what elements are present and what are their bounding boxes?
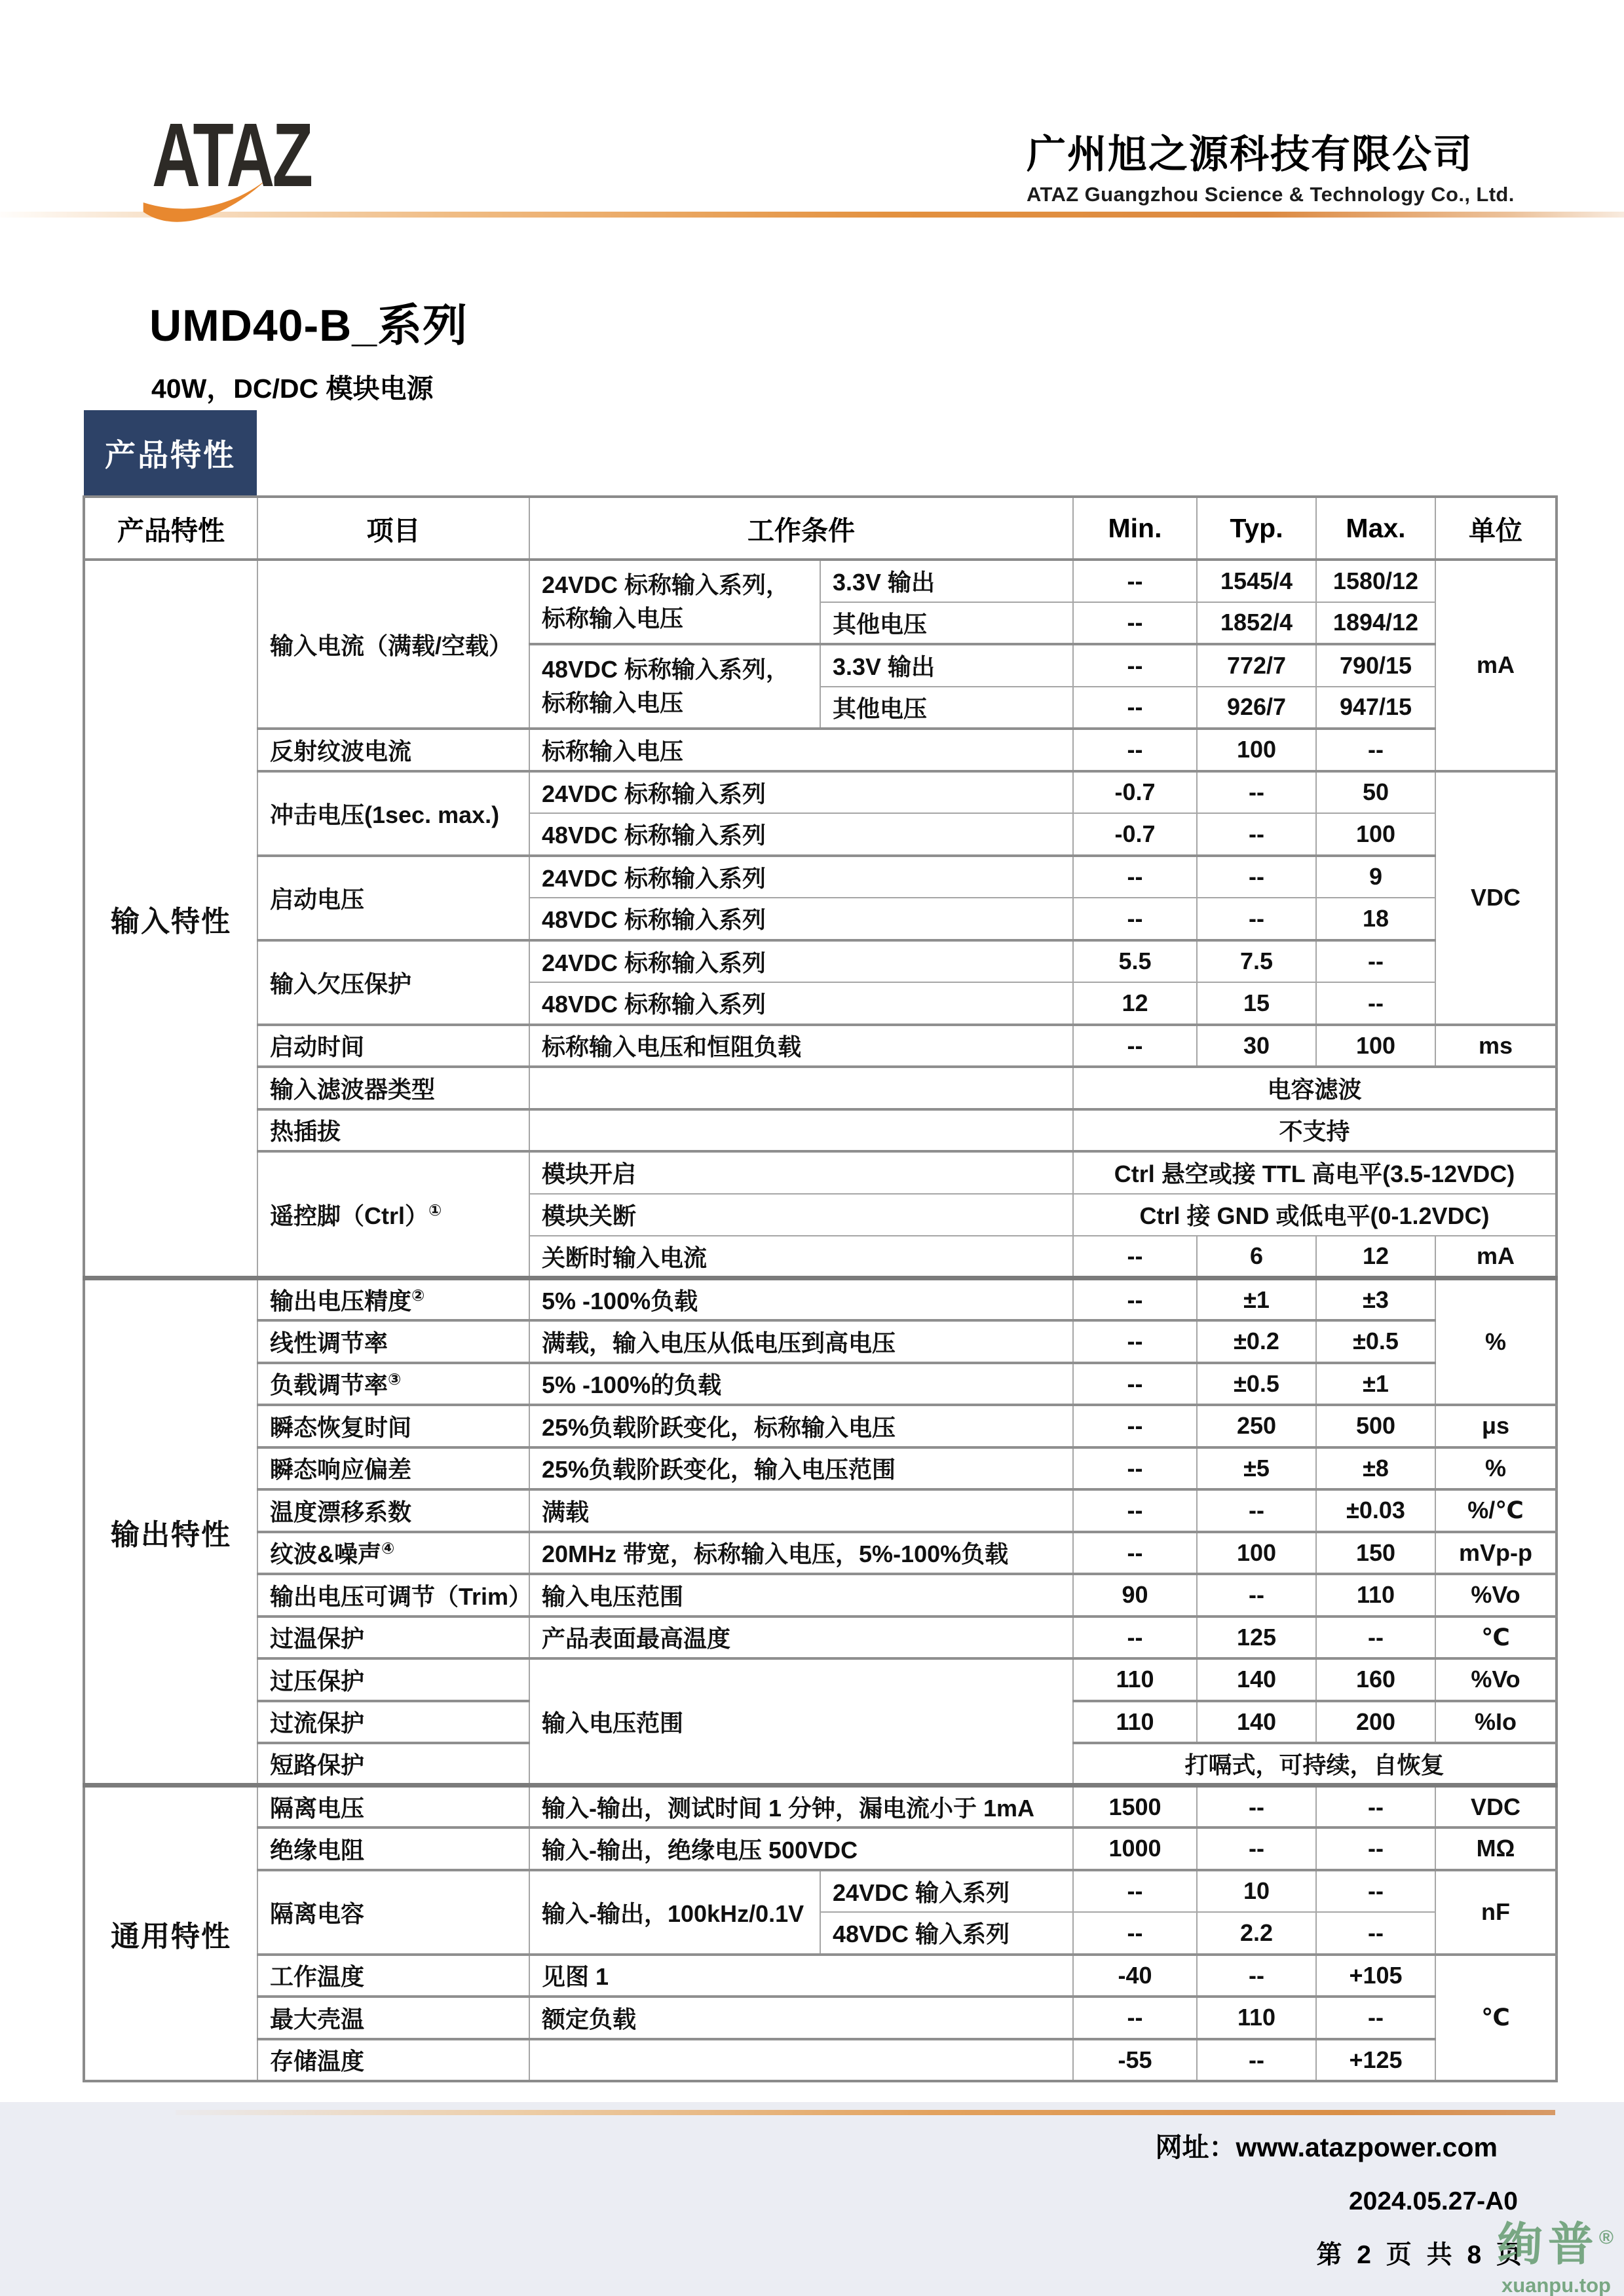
- cell-item: 短路保护: [257, 1743, 529, 1786]
- cell-item: 瞬态响应偏差: [257, 1447, 529, 1490]
- cell-unit: μs: [1435, 1405, 1557, 1447]
- cell-typ: ±1: [1197, 1278, 1316, 1321]
- cell-typ: --: [1197, 1786, 1316, 1828]
- cell-value-span: 电容滤波: [1073, 1067, 1557, 1109]
- cell-min: --: [1073, 1447, 1197, 1490]
- cell-min: 90: [1073, 1574, 1197, 1617]
- table-row: 通用特性 隔离电压 输入-输出，测试时间 1 分钟，漏电流小于 1mA 1500…: [84, 1786, 1557, 1828]
- cell-item: 输出电压可调节（Trim）: [257, 1574, 529, 1617]
- cell-unit: %/℃: [1435, 1489, 1557, 1532]
- cell-item: 隔离电容: [257, 1870, 529, 1955]
- cell-typ: --: [1197, 2039, 1316, 2082]
- cell-max: 50: [1316, 771, 1435, 814]
- cell-unit: ms: [1435, 1025, 1557, 1067]
- cell-min: --: [1073, 1997, 1197, 2039]
- cell-max: 947/15: [1316, 687, 1435, 729]
- cell-max: --: [1316, 940, 1435, 983]
- cell-condition: 48VDC 标称输入系列: [529, 813, 1073, 856]
- cell-condition: 25%负载阶跃变化，标称输入电压: [529, 1405, 1073, 1447]
- cell-typ: --: [1197, 1489, 1316, 1532]
- cell-section-output: 输出特性: [84, 1278, 257, 1786]
- cell-max: 9: [1316, 856, 1435, 898]
- cell-min: --: [1073, 898, 1197, 940]
- table-row: 反射纹波电流 标称输入电压 -- 100 --: [84, 729, 1557, 771]
- cell-item: 遥控脚（Ctrl）①: [257, 1151, 529, 1278]
- cell-max: --: [1316, 729, 1435, 771]
- table-row: 工作温度 见图 1 -40 -- +105 ℃: [84, 1955, 1557, 1997]
- cell-min: 12: [1073, 982, 1197, 1025]
- cell-condition: [529, 2039, 1073, 2082]
- cell-condition: 产品表面最高温度: [529, 1617, 1073, 1659]
- cell-max: --: [1316, 982, 1435, 1025]
- cell-condition: 模块关断: [529, 1194, 1073, 1236]
- cell-unit: ℃: [1435, 1617, 1557, 1659]
- cell-item: 隔离电压: [257, 1786, 529, 1828]
- col-header-feature: 产品特性: [84, 497, 257, 560]
- cell-min: --: [1073, 1320, 1197, 1363]
- cell-unit: VDC: [1435, 1786, 1557, 1828]
- cell-item: 最大壳温: [257, 1997, 529, 2039]
- table-row: 纹波&噪声④ 20MHz 带宽，标称输入电压，5%-100%负载 -- 100 …: [84, 1532, 1557, 1575]
- cell-item: 过压保护: [257, 1658, 529, 1701]
- cell-item: 输出电压精度②: [257, 1278, 529, 1321]
- section-tag: 产品特性: [84, 410, 257, 495]
- cell-max: ±1: [1316, 1363, 1435, 1406]
- cell-unit: mA: [1435, 1236, 1557, 1278]
- cell-min: --: [1073, 1532, 1197, 1575]
- cell-max: 790/15: [1316, 644, 1435, 687]
- cell-max: --: [1316, 1912, 1435, 1955]
- table-row: 输出电压可调节（Trim） 输入电压范围 90 -- 110 %Vo: [84, 1574, 1557, 1617]
- col-header-typ: Typ.: [1197, 497, 1316, 560]
- cell-typ: ±5: [1197, 1447, 1316, 1490]
- cell-typ: --: [1197, 1574, 1316, 1617]
- company-name-cn: 广州旭之源科技有限公司: [1027, 133, 1515, 176]
- cell-max: 500: [1316, 1405, 1435, 1447]
- cell-min: -55: [1073, 2039, 1197, 2082]
- cell-sub-condition: 3.3V 输出: [820, 560, 1073, 602]
- cell-min: --: [1073, 1363, 1197, 1406]
- cell-condition: 满载: [529, 1489, 1073, 1532]
- cell-condition: 关断时输入电流: [529, 1236, 1073, 1278]
- cell-typ: 926/7: [1197, 687, 1316, 729]
- item-footnote-mark: ④: [381, 1540, 394, 1558]
- cell-max: 1894/12: [1316, 602, 1435, 645]
- table-row: 温度漂移系数 满载 -- -- ±0.03 %/℃: [84, 1489, 1557, 1532]
- cell-value-span: Ctrl 接 GND 或低电平(0-1.2VDC): [1073, 1194, 1557, 1236]
- page-subtitle: 40W，DC/DC 模块电源: [151, 367, 434, 406]
- cell-min: --: [1073, 1278, 1197, 1321]
- spec-table: 产品特性 项目 工作条件 Min. Typ. Max. 单位 输入特性 输入电流…: [83, 495, 1558, 2082]
- cell-typ: 125: [1197, 1617, 1316, 1659]
- table-row: 隔离电容 输入-输出，100kHz/0.1V 24VDC 输入系列 -- 10 …: [84, 1870, 1557, 1913]
- cell-typ: 6: [1197, 1236, 1316, 1278]
- item-label: 负载调节率: [270, 1371, 388, 1398]
- table-row: 输入滤波器类型 电容滤波: [84, 1067, 1557, 1109]
- col-header-unit: 单位: [1435, 497, 1557, 560]
- cell-unit: ℃: [1435, 1955, 1557, 2082]
- cell-max: 18: [1316, 898, 1435, 940]
- cell-max: --: [1316, 1617, 1435, 1659]
- col-header-condition: 工作条件: [529, 497, 1073, 560]
- cell-condition: 20MHz 带宽，标称输入电压，5%-100%负载: [529, 1532, 1073, 1575]
- cell-max: ±0.03: [1316, 1489, 1435, 1532]
- cell-min: 1500: [1073, 1786, 1197, 1828]
- cell-item: 输入电流（满载/空载）: [257, 560, 529, 729]
- cell-item: 绝缘电阻: [257, 1827, 529, 1870]
- cell-sub-condition: 3.3V 输出: [820, 644, 1073, 687]
- cell-condition: 输入-输出，绝缘电压 500VDC: [529, 1827, 1073, 1870]
- cell-min: --: [1073, 687, 1197, 729]
- table-row: 瞬态恢复时间 25%负载阶跃变化，标称输入电压 -- 250 500 μs: [84, 1405, 1557, 1447]
- footer: 网址：www.atazpower.com 2024.05.27-A0 第 2 页…: [0, 2102, 1624, 2296]
- cell-condition: 5% -100%负载: [529, 1278, 1073, 1321]
- cell-unit: MΩ: [1435, 1827, 1557, 1870]
- cell-typ: ±0.5: [1197, 1363, 1316, 1406]
- cell-condition: 48VDC 标称输入系列， 标称输入电压: [529, 644, 820, 729]
- cell-max: 160: [1316, 1658, 1435, 1701]
- cell-condition: 48VDC 标称输入系列: [529, 898, 1073, 940]
- cell-item: 过温保护: [257, 1617, 529, 1659]
- cell-min: -40: [1073, 1955, 1197, 1997]
- cell-item: 存储温度: [257, 2039, 529, 2082]
- table-row: 过温保护 产品表面最高温度 -- 125 -- ℃: [84, 1617, 1557, 1659]
- cell-max: ±0.5: [1316, 1320, 1435, 1363]
- cell-condition: 输入-输出，100kHz/0.1V: [529, 1870, 820, 1955]
- cell-value-span: Ctrl 悬空或接 TTL 高电平(3.5-12VDC): [1073, 1151, 1557, 1194]
- cell-unit: %: [1435, 1278, 1557, 1406]
- item-footnote-mark: ①: [428, 1202, 442, 1219]
- cell-item: 输入欠压保护: [257, 940, 529, 1025]
- cell-item: 热插拔: [257, 1109, 529, 1152]
- cell-condition: 24VDC 标称输入系列: [529, 940, 1073, 983]
- table-row: 绝缘电阻 输入-输出，绝缘电压 500VDC 1000 -- -- MΩ: [84, 1827, 1557, 1870]
- cell-min: --: [1073, 1870, 1197, 1913]
- cell-min: --: [1073, 560, 1197, 602]
- cell-item: 启动电压: [257, 856, 529, 940]
- cell-max: --: [1316, 1997, 1435, 2039]
- cell-unit: %Vo: [1435, 1574, 1557, 1617]
- cell-max: ±3: [1316, 1278, 1435, 1321]
- cell-max: --: [1316, 1786, 1435, 1828]
- cell-typ: --: [1197, 1955, 1316, 1997]
- cell-section-general: 通用特性: [84, 1786, 257, 2082]
- item-label: 输出电压精度: [270, 1288, 411, 1314]
- cell-min: --: [1073, 1236, 1197, 1278]
- table-row: 热插拔 不支持: [84, 1109, 1557, 1152]
- cell-sub-condition: 48VDC 输入系列: [820, 1912, 1073, 1955]
- table-row: 过压保护 输入电压范围 110 140 160 %Vo: [84, 1658, 1557, 1701]
- website-link[interactable]: 网址：www.atazpower.com: [1156, 2126, 1498, 2164]
- cell-typ: --: [1197, 1827, 1316, 1870]
- cell-min: --: [1073, 602, 1197, 645]
- table-row: 输出特性 输出电压精度② 5% -100%负载 -- ±1 ±3 %: [84, 1278, 1557, 1321]
- cell-condition: 48VDC 标称输入系列: [529, 982, 1073, 1025]
- cell-item: 瞬态恢复时间: [257, 1405, 529, 1447]
- cell-max: --: [1316, 1870, 1435, 1913]
- cell-typ: --: [1197, 813, 1316, 856]
- cell-typ: 100: [1197, 1532, 1316, 1575]
- company-block: 广州旭之源科技有限公司 ATAZ Guangzhou Science & Tec…: [1027, 133, 1515, 206]
- cell-unit: %Vo: [1435, 1658, 1557, 1701]
- page-title: UMD40-B_系列: [149, 290, 468, 354]
- cell-sub-condition: 24VDC 输入系列: [820, 1870, 1073, 1913]
- cell-unit: VDC: [1435, 771, 1557, 1025]
- cell-condition: 满载，输入电压从低电压到高电压: [529, 1320, 1073, 1363]
- cell-typ: 2.2: [1197, 1912, 1316, 1955]
- cell-min: -0.7: [1073, 771, 1197, 814]
- col-header-max: Max.: [1316, 497, 1435, 560]
- cell-condition: 标称输入电压和恒阻负载: [529, 1025, 1073, 1067]
- cell-condition: [529, 1109, 1073, 1152]
- company-name-en: ATAZ Guangzhou Science & Technology Co.,…: [1027, 183, 1515, 206]
- cell-max: 12: [1316, 1236, 1435, 1278]
- table-row: 输入欠压保护 24VDC 标称输入系列 5.5 7.5 --: [84, 940, 1557, 983]
- cell-item: 过流保护: [257, 1701, 529, 1744]
- cell-item: 线性调节率: [257, 1320, 529, 1363]
- cell-value-span: 打嗝式，可持续，自恢复: [1073, 1743, 1557, 1786]
- item-label: 纹波&噪声: [270, 1540, 381, 1567]
- cell-max: 1580/12: [1316, 560, 1435, 602]
- cell-min: 110: [1073, 1658, 1197, 1701]
- cell-item: 启动时间: [257, 1025, 529, 1067]
- cell-min: --: [1073, 1405, 1197, 1447]
- cell-min: --: [1073, 1025, 1197, 1067]
- cell-max: --: [1316, 1827, 1435, 1870]
- cell-min: 110: [1073, 1701, 1197, 1744]
- cell-condition: 输入电压范围: [529, 1658, 1073, 1786]
- cell-min: 5.5: [1073, 940, 1197, 983]
- table-row: 最大壳温 额定负载 -- 110 --: [84, 1997, 1557, 2039]
- cell-typ: 140: [1197, 1658, 1316, 1701]
- cell-max: 100: [1316, 813, 1435, 856]
- table-row: 负载调节率③ 5% -100%的负载 -- ±0.5 ±1: [84, 1363, 1557, 1406]
- cell-condition: 额定负载: [529, 1997, 1073, 2039]
- cell-condition: 输入电压范围: [529, 1574, 1073, 1617]
- cell-typ: --: [1197, 898, 1316, 940]
- registered-mark-icon: ®: [1599, 2227, 1614, 2249]
- cell-min: --: [1073, 1617, 1197, 1659]
- watermark-text: 绚普: [1497, 2219, 1599, 2270]
- col-header-min: Min.: [1073, 497, 1197, 560]
- watermark-logo: 绚普®: [1497, 2221, 1614, 2267]
- cell-sub-condition: 其他电压: [820, 602, 1073, 645]
- cell-typ: 772/7: [1197, 644, 1316, 687]
- table-row: 启动电压 24VDC 标称输入系列 -- -- 9: [84, 856, 1557, 898]
- footer-divider: [176, 2110, 1555, 2115]
- datasheet-page: ATAZ 广州旭之源科技有限公司 ATAZ Guangzhou Science …: [0, 0, 1624, 2296]
- item-label: 遥控脚（Ctrl）: [270, 1202, 428, 1229]
- cell-max: +125: [1316, 2039, 1435, 2082]
- cell-condition: 24VDC 标称输入系列， 标称输入电压: [529, 560, 820, 644]
- cell-unit: mA: [1435, 560, 1557, 771]
- cell-typ: 250: [1197, 1405, 1316, 1447]
- page-number: 第 2 页 共 8 页: [1316, 2234, 1526, 2271]
- cell-condition: 24VDC 标称输入系列: [529, 771, 1073, 814]
- cell-max: ±8: [1316, 1447, 1435, 1490]
- cell-typ: --: [1197, 771, 1316, 814]
- table-row: 冲击电压(1sec. max.) 24VDC 标称输入系列 -0.7 -- 50…: [84, 771, 1557, 814]
- cell-typ: ±0.2: [1197, 1320, 1316, 1363]
- cell-unit: %: [1435, 1447, 1557, 1490]
- col-header-item: 项目: [257, 497, 529, 560]
- item-footnote-mark: ③: [388, 1371, 401, 1388]
- item-footnote-mark: ②: [411, 1287, 425, 1305]
- table-row: 存储温度 -55 -- +125: [84, 2039, 1557, 2082]
- watermark-site: xuanpu.top: [1501, 2274, 1611, 2296]
- table-row: 遥控脚（Ctrl）① 模块开启 Ctrl 悬空或接 TTL 高电平(3.5-12…: [84, 1151, 1557, 1194]
- cell-typ: 15: [1197, 982, 1316, 1025]
- cell-value-span: 不支持: [1073, 1109, 1557, 1152]
- cell-typ: 10: [1197, 1870, 1316, 1913]
- cell-max: 110: [1316, 1574, 1435, 1617]
- cell-typ: 1852/4: [1197, 602, 1316, 645]
- cell-item: 负载调节率③: [257, 1363, 529, 1406]
- cell-item: 输入滤波器类型: [257, 1067, 529, 1109]
- table-row: 瞬态响应偏差 25%负载阶跃变化，输入电压范围 -- ±5 ±8 %: [84, 1447, 1557, 1490]
- cell-min: --: [1073, 644, 1197, 687]
- cell-condition: 24VDC 标称输入系列: [529, 856, 1073, 898]
- cell-condition: 5% -100%的负载: [529, 1363, 1073, 1406]
- cell-min: --: [1073, 1489, 1197, 1532]
- revision-label: 2024.05.27-A0: [1349, 2187, 1518, 2216]
- table-header-row: 产品特性 项目 工作条件 Min. Typ. Max. 单位: [84, 497, 1557, 560]
- cell-unit: nF: [1435, 1870, 1557, 1955]
- cell-unit: %Io: [1435, 1701, 1557, 1744]
- cell-max: 200: [1316, 1701, 1435, 1744]
- cell-min: -0.7: [1073, 813, 1197, 856]
- cell-item: 工作温度: [257, 1955, 529, 1997]
- table-row: 输入特性 输入电流（满载/空载） 24VDC 标称输入系列， 标称输入电压 3.…: [84, 560, 1557, 602]
- cell-typ: 7.5: [1197, 940, 1316, 983]
- cell-section-input: 输入特性: [84, 560, 257, 1278]
- cell-item: 反射纹波电流: [257, 729, 529, 771]
- table-row: 线性调节率 满载，输入电压从低电压到高电压 -- ±0.2 ±0.5: [84, 1320, 1557, 1363]
- cell-max: 100: [1316, 1025, 1435, 1067]
- cell-condition: [529, 1067, 1073, 1109]
- cell-min: --: [1073, 1912, 1197, 1955]
- cell-typ: 140: [1197, 1701, 1316, 1744]
- cell-min: --: [1073, 856, 1197, 898]
- cell-min: 1000: [1073, 1827, 1197, 1870]
- cell-item: 纹波&噪声④: [257, 1532, 529, 1575]
- cell-sub-condition: 其他电压: [820, 687, 1073, 729]
- cell-unit: mVp-p: [1435, 1532, 1557, 1575]
- cell-condition: 输入-输出，测试时间 1 分钟，漏电流小于 1mA: [529, 1786, 1073, 1828]
- logo-text: ATAZ: [152, 110, 311, 201]
- cell-item: 温度漂移系数: [257, 1489, 529, 1532]
- cell-min: --: [1073, 729, 1197, 771]
- cell-max: +105: [1316, 1955, 1435, 1997]
- cell-condition: 模块开启: [529, 1151, 1073, 1194]
- cell-typ: --: [1197, 856, 1316, 898]
- cell-condition: 标称输入电压: [529, 729, 1073, 771]
- cell-typ: 100: [1197, 729, 1316, 771]
- cell-condition: 25%负载阶跃变化，输入电压范围: [529, 1447, 1073, 1490]
- cell-condition: 见图 1: [529, 1955, 1073, 1997]
- cell-typ: 1545/4: [1197, 560, 1316, 602]
- cell-item: 冲击电压(1sec. max.): [257, 771, 529, 856]
- cell-typ: 110: [1197, 1997, 1316, 2039]
- cell-typ: 30: [1197, 1025, 1316, 1067]
- table-row: 启动时间 标称输入电压和恒阻负载 -- 30 100 ms: [84, 1025, 1557, 1067]
- cell-max: 150: [1316, 1532, 1435, 1575]
